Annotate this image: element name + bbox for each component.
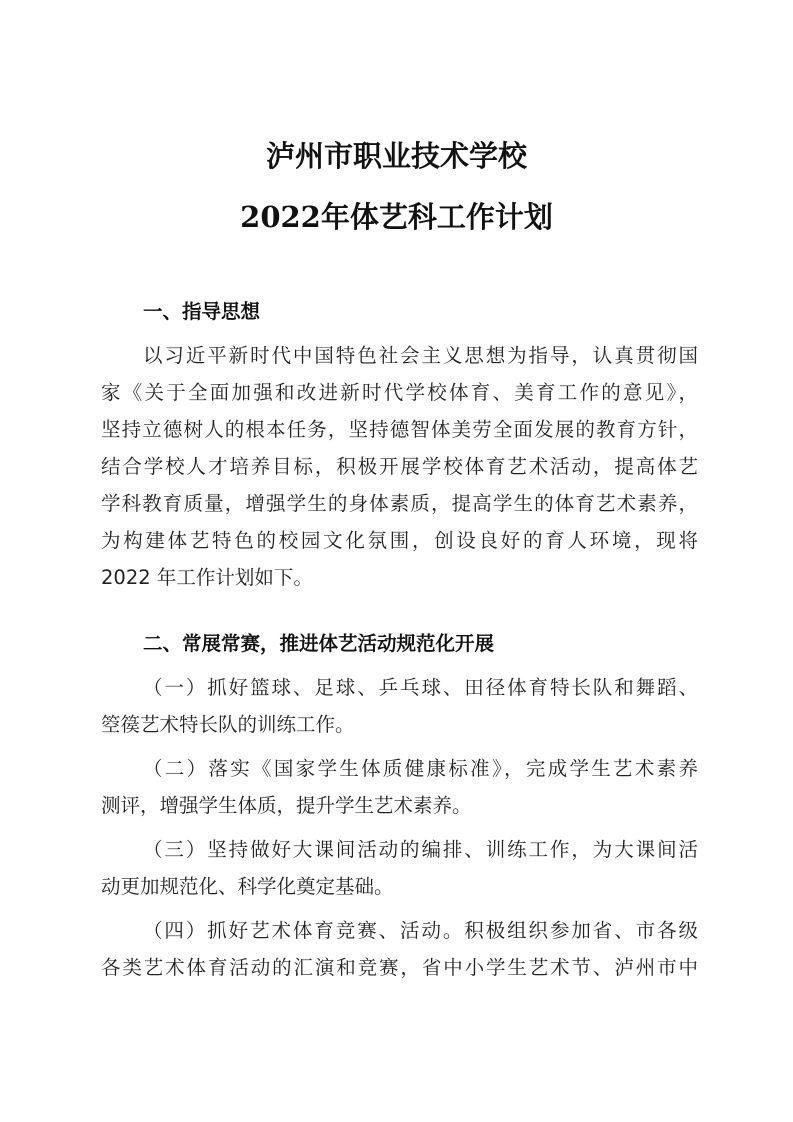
- item-line: （二）落实《国家学生体质健康标准》，完成学生艺术素养: [143, 753, 698, 781]
- item-line: （三）坚持做好大课间活动的编排、训练工作，为大课间活: [143, 834, 698, 862]
- item-line: （一）抓好篮球、足球、乒乓球、田径体育特长队和舞蹈、: [143, 672, 698, 700]
- paragraph-line: 结合学校人才培养目标，积极开展学校体育艺术活动，提高体艺: [101, 451, 698, 479]
- item-line: 各类艺术体育活动的汇演和竞赛，省中小学生艺术节、泸州市中: [101, 952, 698, 980]
- item-line: 动更加规范化、科学化奠定基础。: [101, 871, 698, 899]
- document-page: 泸州市职业技术学校 2022年体艺科工作计划 一、指导思想 以习近平新时代中国特…: [0, 0, 793, 1122]
- section-heading-guiding-ideology: 一、指导思想: [143, 296, 260, 324]
- item-line: （四）抓好艺术体育竞赛、活动。积极组织参加省、市各级: [143, 915, 698, 943]
- paragraph-line: 以习近平新时代中国特色社会主义思想为指导，认真贯彻国: [143, 340, 698, 368]
- section-heading-regular-activities: 二、常展常赛，推进体艺活动规范化开展: [143, 628, 494, 656]
- paragraph-line: 学科教育质量，增强学生的身体素质，提高学生的体育艺术素养，: [101, 488, 698, 516]
- item-line: 测评，增强学生体质，提升学生艺术素养。: [101, 790, 698, 818]
- paragraph-line: 2022 年工作计划如下。: [101, 562, 698, 590]
- paragraph-line: 家《关于全面加强和改进新时代学校体育、美育工作的意见》，: [101, 377, 698, 405]
- paragraph-line: 坚持立德树人的根本任务，坚持德智体美劳全面发展的教育方针，: [101, 414, 698, 442]
- item-line: 箜篌艺术特长队的训练工作。: [101, 709, 698, 737]
- paragraph-line: 为构建体艺特色的校园文化氛围，创设良好的育人环境，现将: [101, 525, 698, 553]
- document-title-school: 泸州市职业技术学校: [0, 134, 793, 175]
- document-title-plan: 2022年体艺科工作计划: [0, 195, 793, 236]
